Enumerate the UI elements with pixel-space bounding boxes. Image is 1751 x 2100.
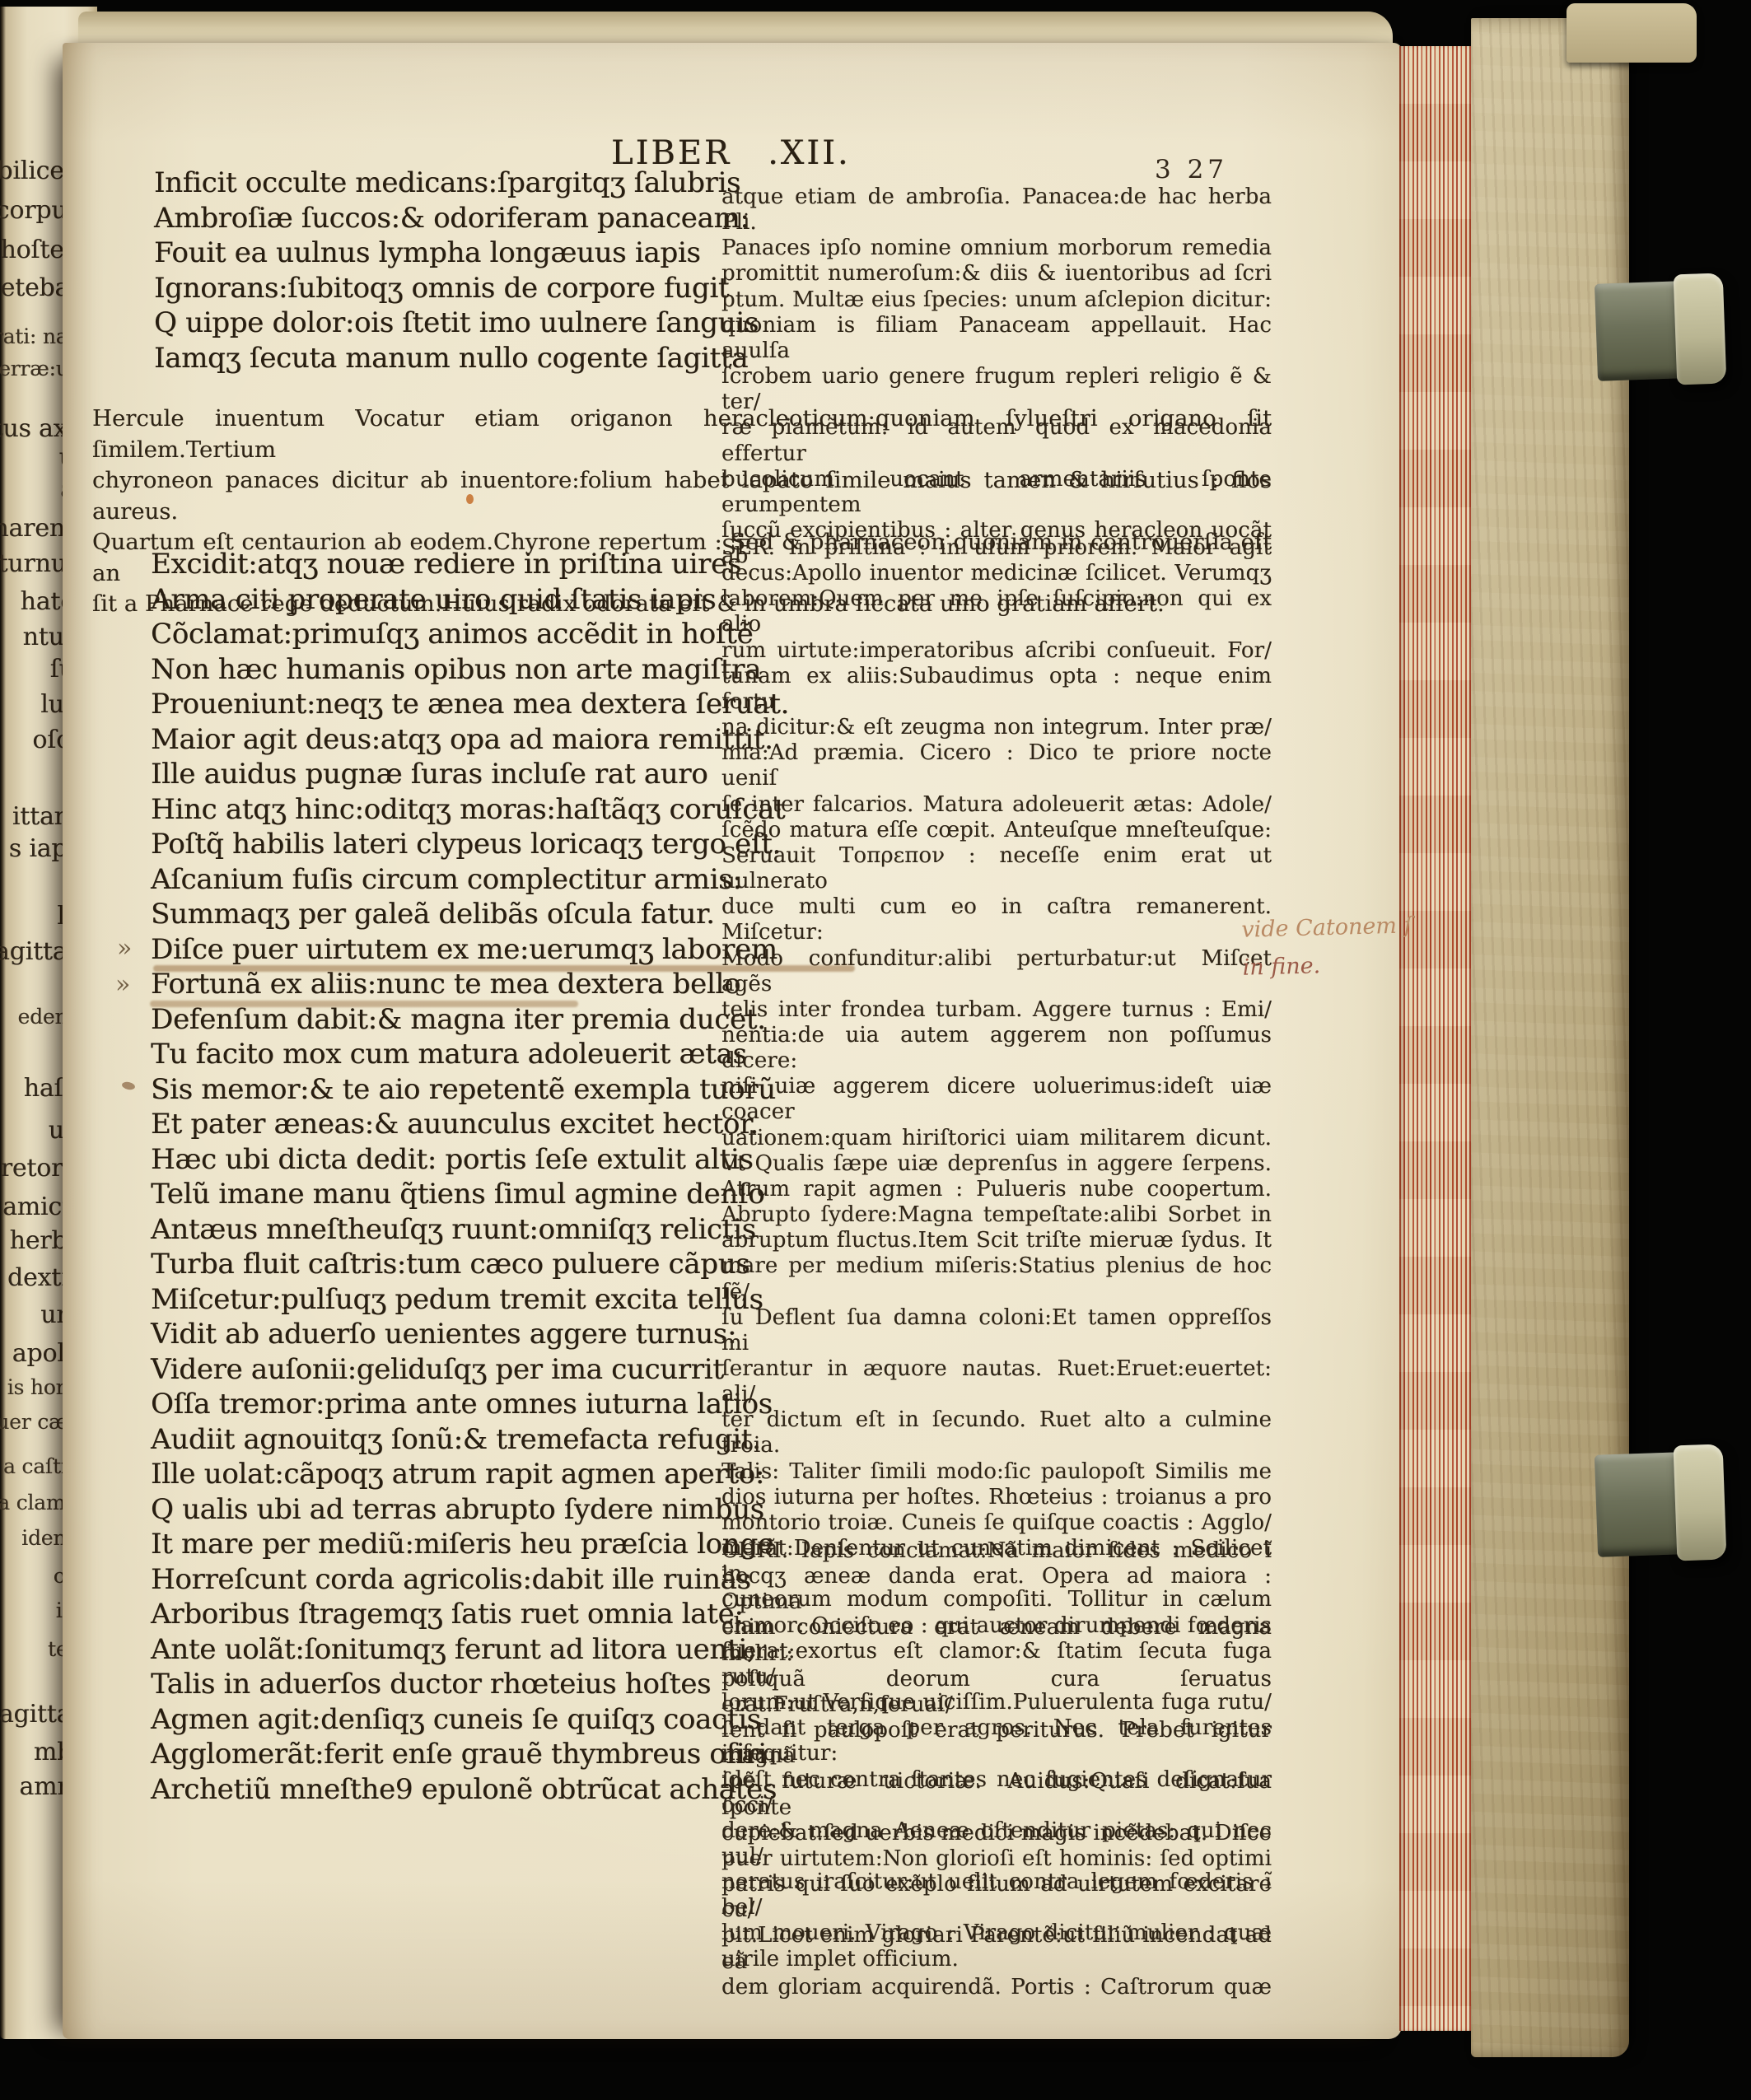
commentary-line: dios iuturna per hoſtes. Rhœteius : troi… xyxy=(721,1485,1272,1510)
verse-line: Iamqʒ ſecuta manum nullo cogente ſagitta xyxy=(154,341,759,376)
commentary-line: SER. In priſtina : in uſum priorem. Maio… xyxy=(721,535,1272,561)
verse-line: Agglomerãt:ferit enſe grauẽ thymbreus oſ… xyxy=(151,1737,789,1772)
verse-line: Diſce puer uirtutem ex me:uerumqʒ labore… xyxy=(151,932,789,968)
margin-quote-mark: » xyxy=(117,934,132,963)
ink-underline xyxy=(153,965,855,972)
commentary-line: enim coniectura erat æneam debere magna … xyxy=(721,1615,1272,1666)
commentary-line: atque etiam de ambroſia. Panacea:de hac … xyxy=(721,184,1272,236)
commentary-line: tunam ex aliis:Subaudimus opta : neque e… xyxy=(721,664,1272,715)
verse-line: Antæus mneſtheuſqʒ ruunt:omniſqʒ relicti… xyxy=(151,1212,789,1248)
commentary-line: CHRI. Iapis conclamat:Nã maior fides med… xyxy=(721,1538,1272,1564)
commentary-line: patris qui ſuo exẽplo filium ad uirtutem… xyxy=(721,1872,1272,1923)
marginal-note-line: vide Catonem ſ xyxy=(1241,907,1412,949)
clasp-strap-tip xyxy=(1674,273,1727,385)
verse-line: It mare per mediũ:miſeris heu præſcia lo… xyxy=(151,1527,789,1562)
commentary-line: mare per medium miſeris:Statius plenius … xyxy=(721,1253,1272,1304)
fore-edge-red-stripes xyxy=(1399,46,1477,2031)
ink-speck xyxy=(466,494,474,504)
verse-block-2: Excidit:atqʒ nouæ rediere in priſtina ui… xyxy=(151,547,789,1807)
commentary-line: laborem:Quem per me ipſe ſuſcipio:non qu… xyxy=(721,586,1272,637)
commentary-line: puer uirtutem:Non glorioſi eſt hominis: … xyxy=(721,1846,1272,1872)
commentary-line: decus:Apollo inuentor medicinæ ſcilicet.… xyxy=(721,561,1272,586)
commentary-line: ſe inter falcarios. Matura adoleuerit æt… xyxy=(721,792,1272,818)
verse-line: Poſtq̃ habilis lateri clypeus loricaqʒ t… xyxy=(151,827,789,862)
verse-line: Arma citi properate uiro quid ſtatis iap… xyxy=(151,582,789,618)
verse-line: Agmen agit:denſiqʒ cuneis ſe quiſqʒ coac… xyxy=(151,1702,789,1738)
commentary-line: hocqʒ æneæ danda erat. Opera ad maiora :… xyxy=(721,1564,1272,1615)
commentary-line: mia:Ad præmia. Cicero : Dico te priore n… xyxy=(721,740,1272,791)
verse-line: Proueniunt:neqʒ te ænea mea dextera ſeru… xyxy=(151,687,789,722)
commentary-line: Seruauit Τοπρεπον : neceſſe enim erat ut… xyxy=(721,843,1272,894)
verse-line: Audiit agnouitqʒ ſonũ:& tremefacta refug… xyxy=(151,1422,789,1458)
verse-line: Fouit ea uulnus lympha longæuus iapis xyxy=(154,236,759,271)
commentary-line: quoniam is filiam Panaceam appellauit. H… xyxy=(721,313,1272,364)
verse-line: Archetiũ mneſthe9 epulonẽ obtrũcat achat… xyxy=(151,1772,789,1808)
commentary-line: Talis: Taliter ſimili modo:ſic paulopoſt… xyxy=(721,1459,1272,1485)
marginal-note-line: in fine. xyxy=(1242,945,1413,987)
verse-line: Miſcetur:pulſuqʒ pedum tremit excita tel… xyxy=(151,1282,789,1318)
verse-line: Horreſcunt corda agricolis:dabit ille ru… xyxy=(151,1562,789,1598)
commentary-top: atque etiam de ambroſia. Panacea:de hac … xyxy=(721,184,1272,569)
commentary-line: Vt Qualis ſæpe uiæ deprenſus in aggere ſ… xyxy=(721,1151,1272,1177)
commentary-line: Abrupto ſydere:Magna tempeſtate:alibi So… xyxy=(721,1202,1272,1228)
clasp-strap-body xyxy=(1595,1452,1682,1556)
commentary-line: rum uirtute:imperatoribus aſcribi conſue… xyxy=(721,638,1272,664)
commentary-line: bucolicum uocant armentariis ſponte erum… xyxy=(721,467,1272,518)
verse-line: Aſcanium fuſis circum complectitur armis… xyxy=(151,862,789,898)
commentary-line: ſpẽ futuræ uictoriæ. Auidus:Quaſi dicat:… xyxy=(721,1769,1272,1820)
commentary-line: ſent ſi paulopoſt erat periturus. Prebet… xyxy=(721,1718,1272,1769)
commentary-line: ſcrobem uario genere frugum repleri reli… xyxy=(721,364,1272,415)
commentary-line: pit.Licet enim gloriari Parentẽ:ut filiũ… xyxy=(721,1923,1272,1974)
commentary-line: promittit numeroſum:& diis & iuentoribus… xyxy=(721,261,1272,287)
commentary-line: ſerantur in æquore nautas. Ruet:Eruet:eu… xyxy=(721,1356,1272,1407)
commentary-line: Panaces ipſo nomine omnium morborum reme… xyxy=(721,236,1272,261)
verse-line: Tu facito mox cum matura adoleuerit ætas xyxy=(151,1037,789,1072)
verse-line: Arboribus ſtragemqʒ ſatis ruet omnia lat… xyxy=(151,1597,789,1632)
commentary-line: telis inter frondea turbam. Aggere turnu… xyxy=(721,997,1272,1023)
clasp-strap-tip xyxy=(1674,1444,1727,1561)
commentary-line: ptum. Multæ eius ſpecies: unum aſclepion… xyxy=(721,287,1272,313)
cover-top-corner xyxy=(1567,3,1697,63)
verse-line: Q ualis ubi ad terras abrupto ſydere nim… xyxy=(151,1492,789,1528)
verse-line: Ille uolat:cãpoqʒ atrum rapit agmen aper… xyxy=(151,1457,789,1492)
running-head-book-numeral: .XII. xyxy=(768,134,851,172)
book-photo: biliceme corpus.ĩ hoſtemetebat:erati: na… xyxy=(0,0,1751,2100)
verse-line: Telũ imane manu q̃tiens ſimul agmine den… xyxy=(151,1177,789,1212)
verse-line: Summaqʒ per galeã delibãs oſcula fatur. xyxy=(151,897,789,932)
verse-block-1: Inficit occulte medicans:ſpargitqʒ ſalub… xyxy=(154,166,759,376)
folio-number: 3 27 xyxy=(1155,155,1228,184)
verse-line: Non hæc humanis opibus non arte magiſtra xyxy=(151,652,789,688)
commentary-line: nentia:de uia autem aggerem non poſſumus… xyxy=(721,1023,1272,1074)
commentary-line: dem gloriam acquirendã. Portis : Caſtror… xyxy=(721,1975,1272,2000)
verse-line: Videre auſonii:geliduſqʒ per ima cucurri… xyxy=(151,1352,789,1388)
commentary-line: poſtquã deorum cura ſeruatus erat.Fruſtr… xyxy=(721,1667,1272,1718)
verse-line: Hæc ubi dicta dedit: portis ſeſe extulit… xyxy=(151,1142,789,1178)
verse-line: Turba fluit caſtris:tum cæco puluere cãp… xyxy=(151,1247,789,1282)
verse-line: Ille auidus pugnæ ſuras incluſe rat auro xyxy=(151,757,789,792)
verse-line: Talis in aduerſos ductor rhœteius hoſtes xyxy=(151,1667,789,1702)
commentary-line: cupiebat:ſed uerbis medici magis incẽdeb… xyxy=(721,1821,1272,1846)
verse-line: Maior agit deus:atqʒ opa ad maiora remit… xyxy=(151,722,789,758)
commentary-line: ter dictum eſt in ſecundo. Ruet alto a c… xyxy=(721,1407,1272,1458)
commentary-line: niſi uiæ aggerem dicere uoluerimus:ideſt… xyxy=(721,1074,1272,1125)
commentary-line: na dicitur:& eſt zeugma non integrum. In… xyxy=(721,715,1272,740)
verse-line: Cõclamat:primuſqʒ animos accẽdit in hoſt… xyxy=(151,617,789,652)
verse-line: Vidit ab aduerſo uenientes aggere turnus… xyxy=(151,1317,789,1352)
commentary-line: abruptum fluctus.Item Scit triſte mieruæ… xyxy=(721,1228,1272,1253)
verse-line: Q uippe dolor:ois ſtetit imo uulnere ſan… xyxy=(154,306,759,341)
commentary-line: ſu Deflent ſua damna coloni:Et tamen opp… xyxy=(721,1305,1272,1356)
verse-line: Ambroſiæ ſuccos:& odoriferam panaceam: xyxy=(154,201,759,236)
verse-line: Et pater æneas:& auunculus excitet hecto… xyxy=(151,1107,789,1142)
verse-line: Oſſa tremor:prima ante omnes iuturna lat… xyxy=(151,1387,789,1422)
verse-line: Inficit occulte medicans:ſpargitqʒ ſalub… xyxy=(154,166,759,201)
verse-line: Ignorans:ſubitoqʒ omnis de corpore fugit xyxy=(154,271,759,306)
clasp-strap-body xyxy=(1595,281,1682,380)
commentary-line: Atrum rapit agmen : Pulueris nube cooper… xyxy=(721,1177,1272,1202)
commentary-line: ſcẽdo matura eſſe cœpit. Anteuſque mneſt… xyxy=(721,818,1272,843)
verse-line: Sis memor:& te aio repetentẽ exempla tuo… xyxy=(151,1072,789,1108)
ink-underline xyxy=(150,1001,578,1007)
commentary-line: ræ piamẽtum: id autem quod ex macedonia … xyxy=(721,415,1272,466)
commentary-chri: CHRI. Iapis conclamat:Nã maior fides med… xyxy=(721,1538,1272,2000)
clasp-strap-bottom xyxy=(1599,1444,1727,1563)
marginal-note: vide Catonem ſ in fine. xyxy=(1241,907,1413,987)
commentary-line: montorio troiæ. Cuneis ſe quiſque coacti… xyxy=(721,1510,1272,1536)
verse-line: Excidit:atqʒ nouæ rediere in priſtina ui… xyxy=(151,547,789,582)
verse-line: Fortunã ex aliis:nunc te mea dextera bel… xyxy=(151,967,789,1002)
margin-quote-mark: » xyxy=(115,970,130,999)
verse-line: Hinc atqʒ hinc:oditqʒ moras:haſtãqʒ coru… xyxy=(151,792,789,828)
clasp-strap-top xyxy=(1599,273,1727,387)
commentary-line: duce multi cum eo in caſtra remanerent. … xyxy=(721,894,1272,945)
commentary-line: uationem:quam hiriſtorici uiam militarem… xyxy=(721,1126,1272,1151)
verse-line: Ante uolãt:ſonitumqʒ ferunt ad litora ue… xyxy=(151,1632,789,1668)
